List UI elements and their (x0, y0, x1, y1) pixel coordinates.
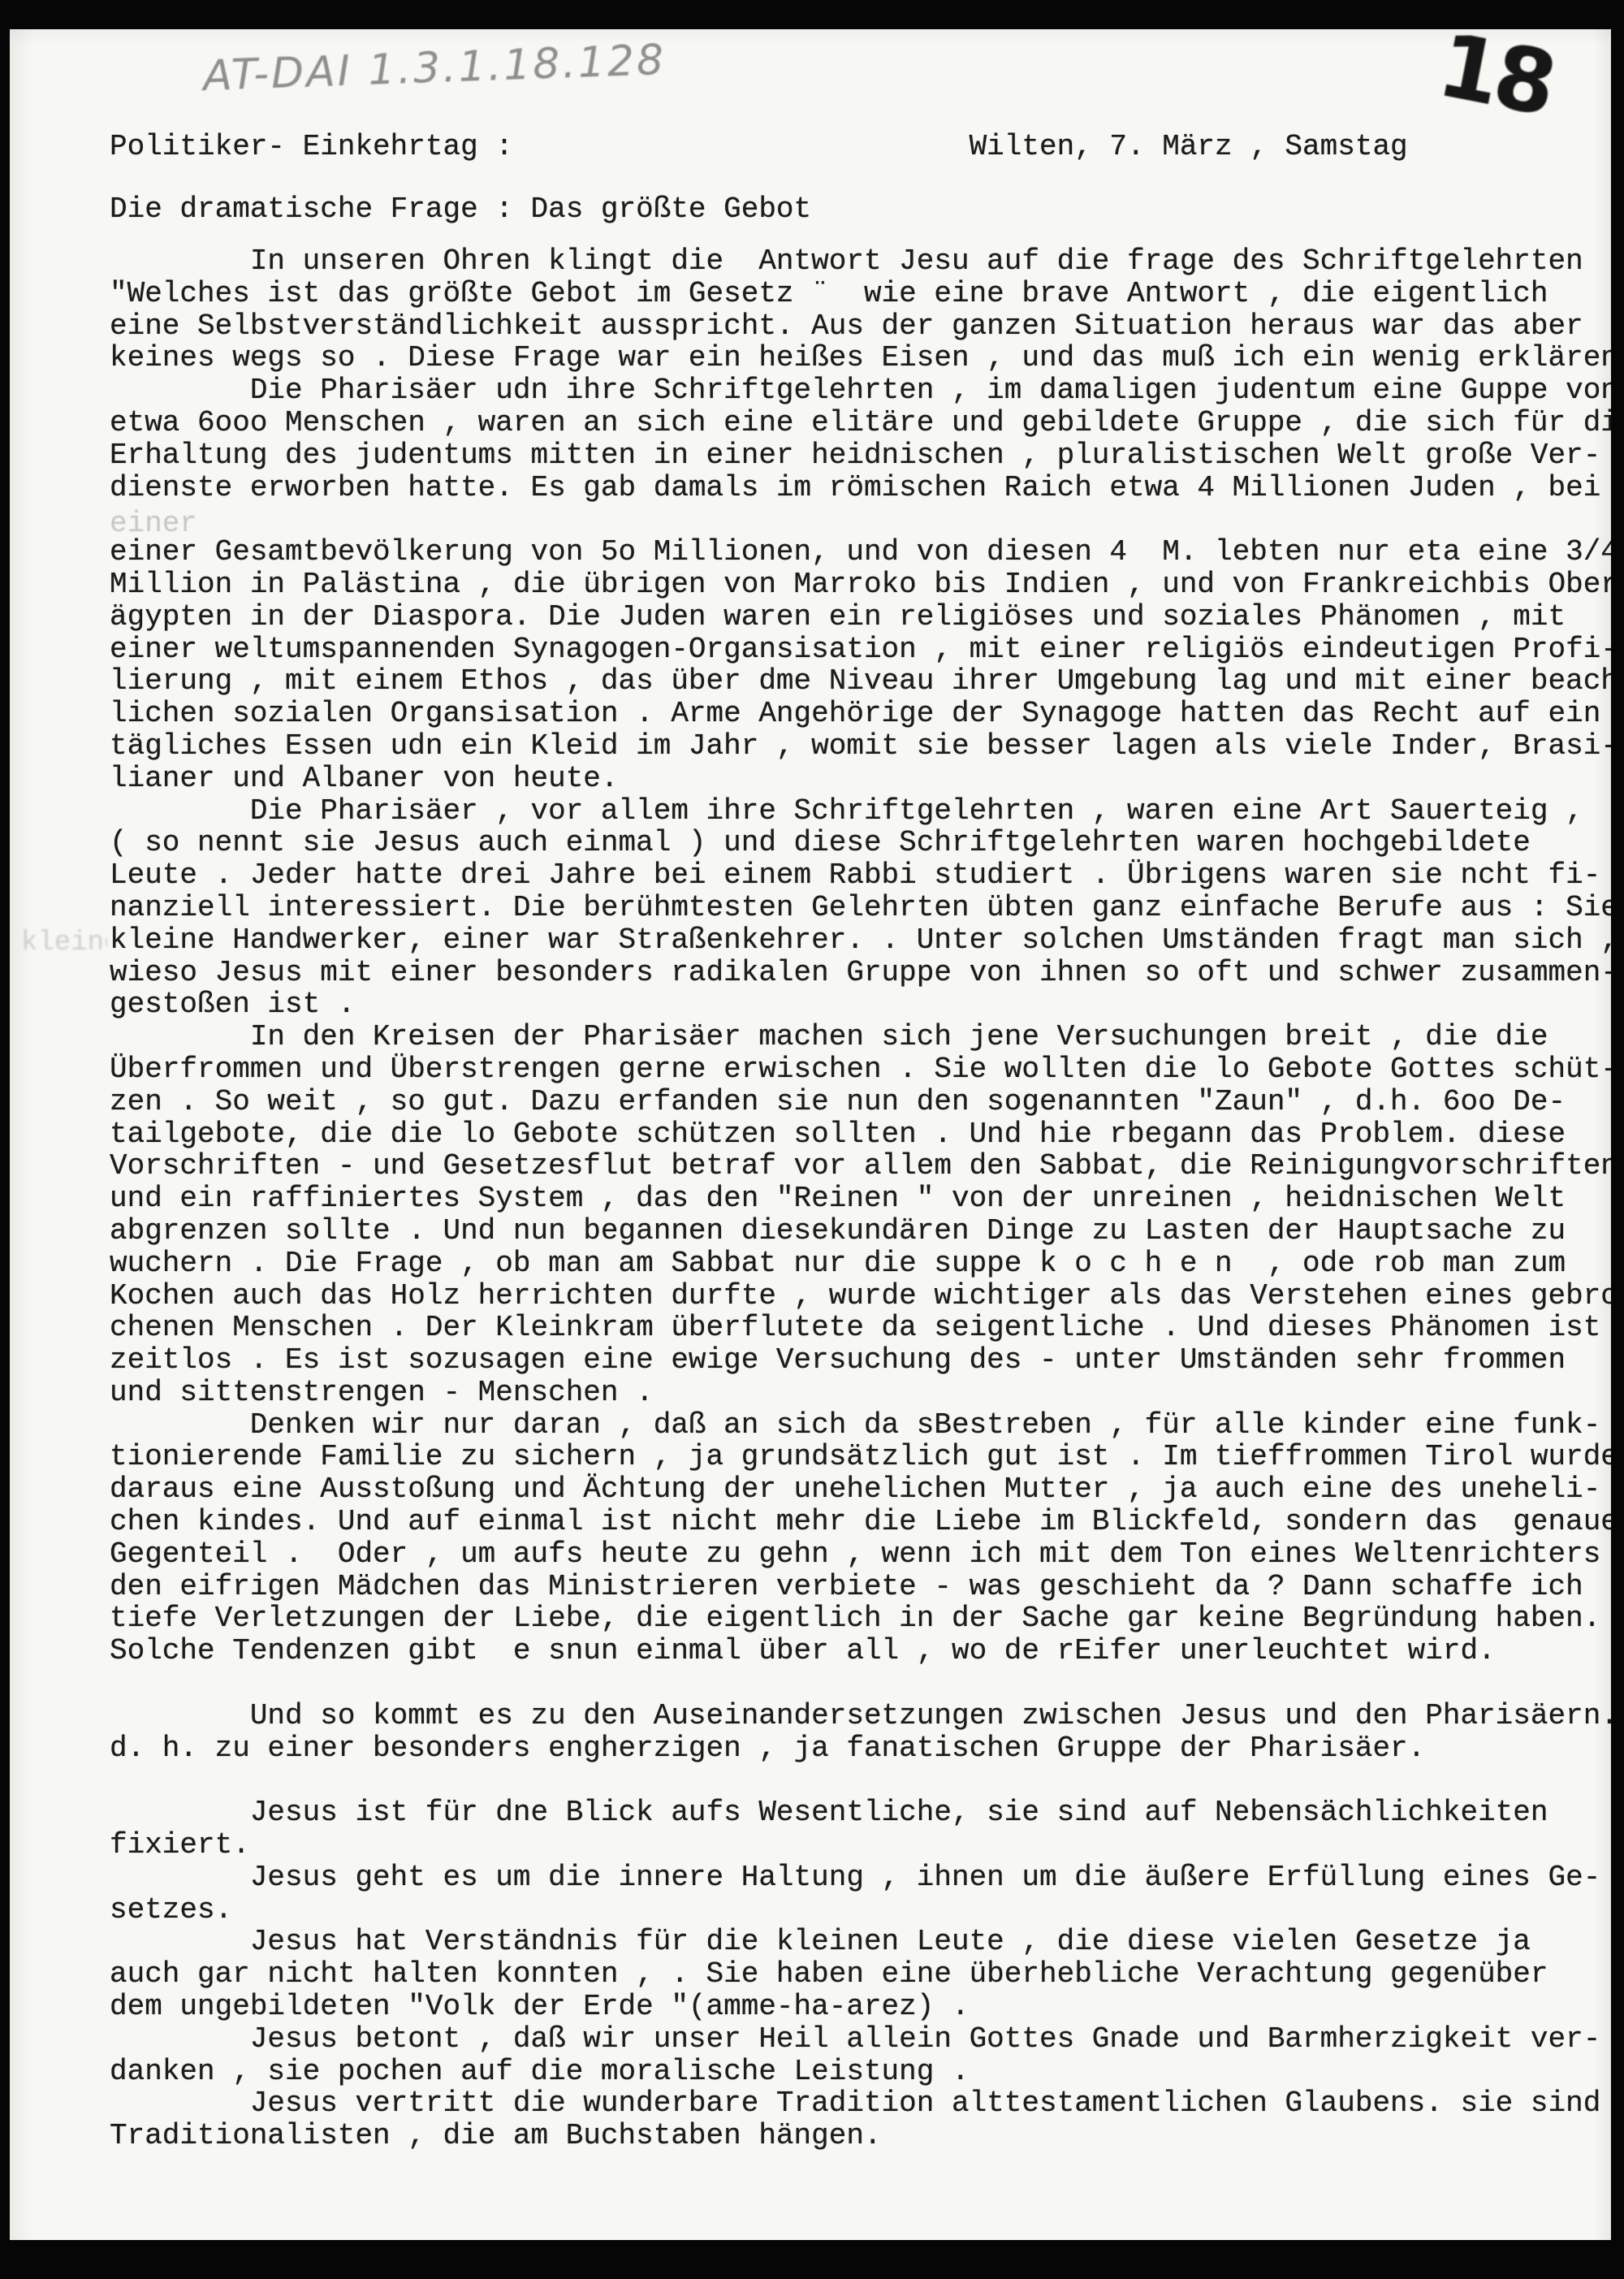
scan-border-left (0, 0, 10, 2279)
scanned-document-page: { "annotations": { "archival_reference":… (0, 0, 1624, 2279)
scan-border-bottom (0, 2240, 1624, 2279)
document-body-text: In unseren Ohren klingt die Antwort Jesu… (110, 245, 1611, 2152)
paper-page: AT-DAI 1.3.1.18.128 18 Politiker- Einkeh… (10, 29, 1611, 2240)
document-header-line: Politiker- Einkehrtag : Wilten, 7. März … (110, 131, 1408, 163)
scan-border-right (1611, 0, 1624, 2279)
handwritten-archival-reference: AT-DAI 1.3.1.18.128 (202, 36, 667, 101)
handwritten-page-number: 18 (1430, 29, 1560, 136)
scan-border-top (0, 0, 1624, 29)
document-subtitle: Die dramatische Frage : Das größte Gebot (110, 193, 811, 226)
margin-erased-text-ghost: kleine Handw (21, 928, 107, 958)
